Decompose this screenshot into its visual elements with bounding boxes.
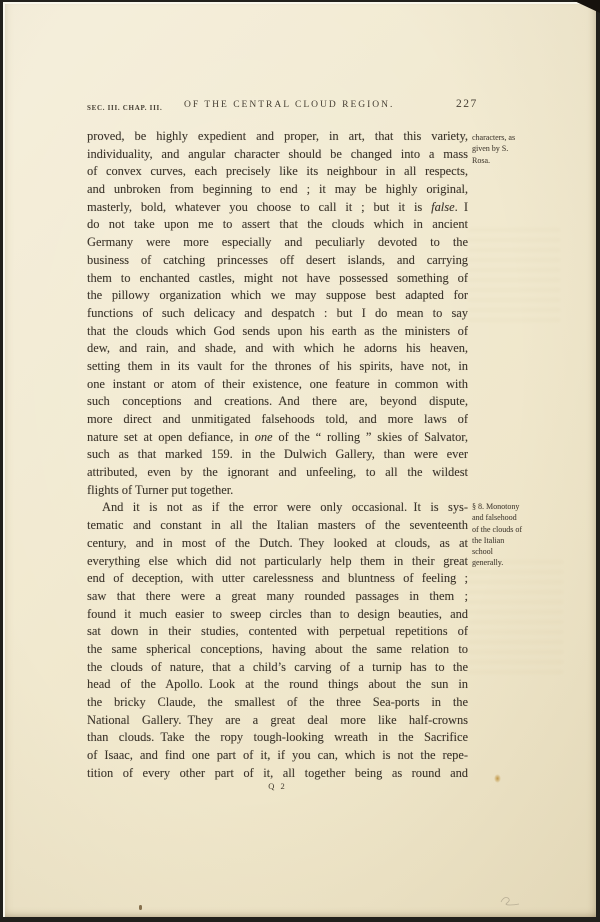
- page-corner-shadow: [568, 0, 600, 14]
- ink-bleed-through: [468, 561, 563, 681]
- body-line: nature set at open defiance, in one of t…: [87, 429, 468, 447]
- body-line: end of deception, with utter carelessnes…: [87, 570, 468, 588]
- body-line: the clouds of nature, that a child’s car…: [87, 659, 468, 677]
- book-page: SEC. III. CHAP. III. OF THE CENTRAL CLOU…: [3, 2, 596, 917]
- body-line: the same spherical conceptions, having a…: [87, 641, 468, 659]
- body-text: proved, be highly expedient and proper, …: [87, 128, 468, 782]
- body-line: individuality, and angular character sho…: [87, 146, 468, 164]
- body-line: such as that marked 159. in the Dulwich …: [87, 446, 468, 464]
- body-line: proved, be highly expedient and proper, …: [87, 128, 468, 146]
- body-line: everything else which did not particular…: [87, 553, 468, 571]
- ink-bleed-through: [468, 229, 560, 324]
- signature-mark: Q 2: [87, 781, 468, 791]
- margin-note: § 8. Monotony and falsehood of the cloud…: [472, 501, 562, 569]
- paper-speck: [139, 905, 142, 910]
- body-line: century, and in most of the Dutch. They …: [87, 535, 468, 553]
- paragraph: And it is not as if the error were only …: [87, 499, 468, 782]
- margin-note: characters, as given by S. Rosa.: [472, 132, 562, 166]
- body-line: attributed, even by the ignorant and unf…: [87, 464, 468, 482]
- body-line: of Isaac, and find one part of it, if yo…: [87, 747, 468, 765]
- paper-stain: [494, 774, 501, 783]
- body-line: setting them in its vault for the throne…: [87, 358, 468, 376]
- body-line: masterly, bold, whatever you choose to c…: [87, 199, 468, 217]
- scanned-page-frame: SEC. III. CHAP. III. OF THE CENTRAL CLOU…: [0, 0, 600, 922]
- paragraph: proved, be highly expedient and proper, …: [87, 128, 468, 499]
- body-line: sat down in their studies, contented wit…: [87, 623, 468, 641]
- body-line: the bricky Claude, the smallest of the t…: [87, 694, 468, 712]
- body-line: one instant or atom of their existence, …: [87, 376, 468, 394]
- body-line: dew, and rain, and shade, and with which…: [87, 340, 468, 358]
- body-line: saw that there were a great many rounded…: [87, 588, 468, 606]
- body-line: that the clouds which God sends upon his…: [87, 323, 468, 341]
- body-line: and unbroken from beginning to end ; it …: [87, 181, 468, 199]
- body-line: tematic and constant in all the Italian …: [87, 517, 468, 535]
- body-line: them to enchanted castles, might not hav…: [87, 270, 468, 288]
- body-line: flights of Turner put together.: [87, 482, 468, 500]
- body-line: more direct and unmitigated falsehoods t…: [87, 411, 468, 429]
- body-line: do not take upon me to assert that the c…: [87, 216, 468, 234]
- header-title: OF THE CENTRAL CLOUD REGION.: [184, 100, 394, 110]
- body-line: such conceptions and creations. And ther…: [87, 393, 468, 411]
- header-section-label: SEC. III. CHAP. III.: [87, 104, 162, 112]
- body-line: business of catching princesses off dese…: [87, 252, 468, 270]
- body-line: of convex curves, each precisely like it…: [87, 163, 468, 181]
- header-page-number: 227: [456, 98, 478, 110]
- body-line: And it is not as if the error were only …: [87, 499, 468, 517]
- body-line: found it much easier to sweep circles th…: [87, 606, 468, 624]
- body-line: head of the Apollo. Look at the round th…: [87, 676, 468, 694]
- body-line: tition of every other part of it, all to…: [87, 765, 468, 783]
- body-line: functions of such delicacy and despatch …: [87, 305, 468, 323]
- pencil-squiggle: [498, 892, 524, 908]
- body-line: Germany were more especially and peculia…: [87, 234, 468, 252]
- body-line: than clouds. Take the ropy tough-looking…: [87, 729, 468, 747]
- body-line: National Gallery. They are a great deal …: [87, 712, 468, 730]
- body-line: the pillowy organization which we may su…: [87, 287, 468, 305]
